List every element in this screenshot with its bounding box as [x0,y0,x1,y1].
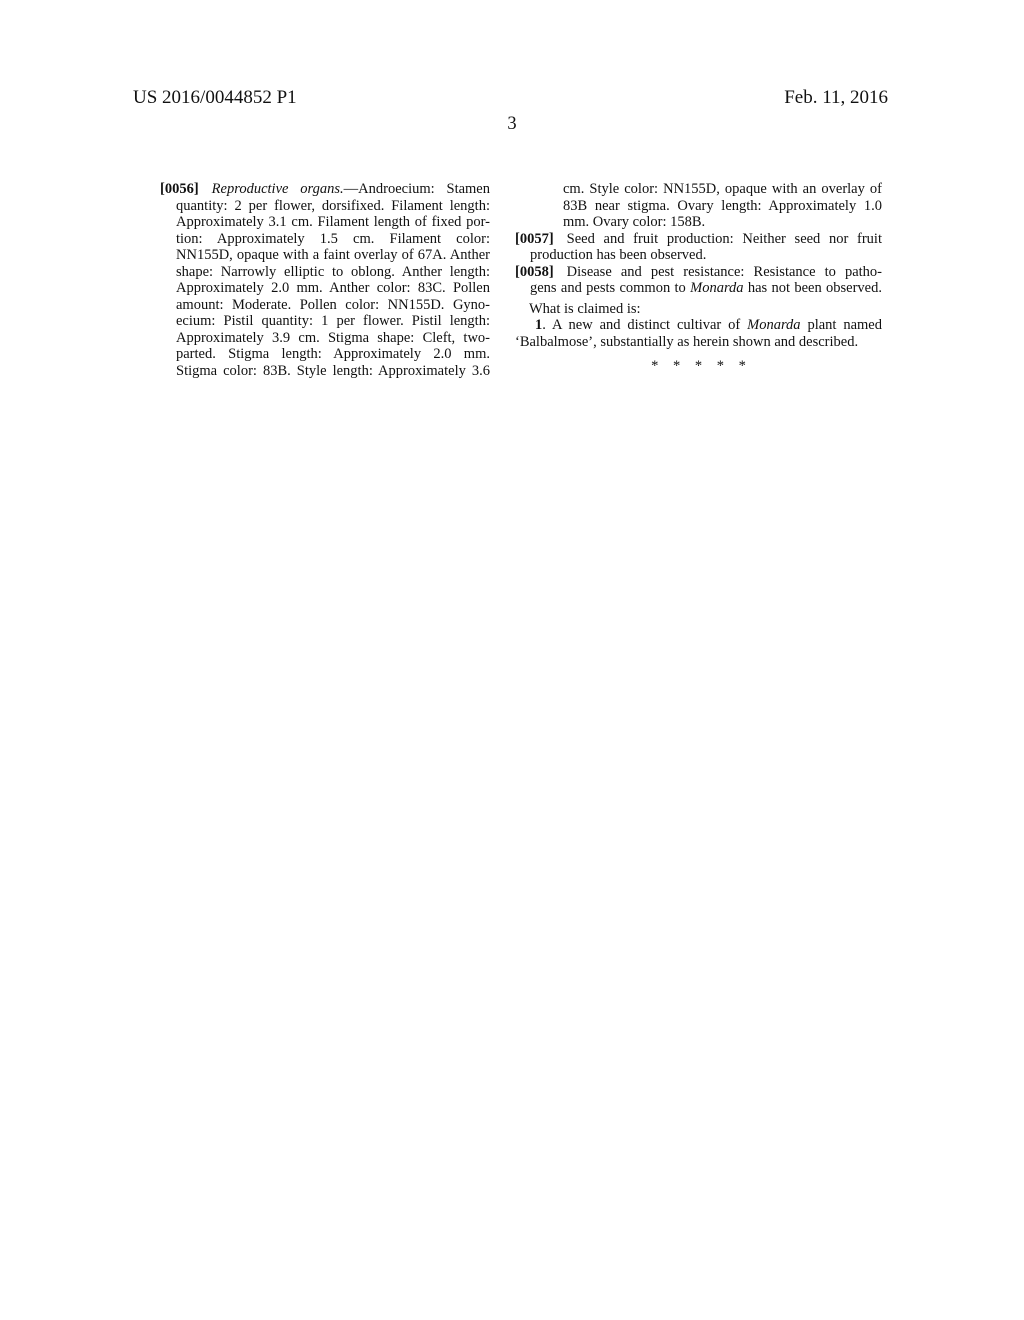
publication-date: Feb. 11, 2016 [784,87,888,109]
para-0058-tag: [0058] [515,264,554,280]
para-0058-line-2: gens and pests common to Monarda has not… [515,280,882,297]
para-0058-text: Disease and pest resistance: Resistance … [567,264,882,280]
para-0056-line-1: [0056]Reproductive organs.—Androecium: S… [160,181,490,198]
para-0056-title: Reproductive organs. [212,181,344,197]
claim-1-line-1-post: plant named [801,317,882,333]
para-0056-line-9: ecium: Pistil quantity: 1 per flower. Pi… [160,313,490,330]
para-0056-line-4: tion: Approximately 1.5 cm. Filament col… [160,231,490,248]
para-0057-text: Seed and fruit production: Neither seed … [567,231,882,247]
para-0056-cont-line-2: 83B near stigma. Ovary length: Approxima… [515,198,882,215]
para-0057-tag: [0057] [515,231,554,247]
claims-intro: What is claimed is: [515,301,882,318]
para-0057-line-2: production has been observed. [515,247,882,264]
claim-1-line-1: 1. A new and distinct cultivar of Monard… [515,317,882,334]
para-0058-line-2-post: has not been observed. [744,280,882,296]
column-right: cm. Style color: NN155D, opaque with an … [515,181,882,375]
claim-1-line-2: ‘Balbalmose’, substantially as herein sh… [515,334,882,351]
end-of-claims-asterisks: * * * * * [515,358,882,375]
para-0056-line-11: parted. Stigma length: Approximately 2.0… [160,346,490,363]
page-number: 3 [0,113,1024,135]
para-0056-line-12: Stigma color: 83B. Style length: Approxi… [160,363,490,380]
para-0056-line-1-rest: —Androecium: Stamen [344,181,490,197]
para-0056-line-10: Approximately 3.9 cm. Stigma shape: Clef… [160,330,490,347]
para-0056-tag: [0056] [160,181,199,197]
para-0056-line-6: shape: Narrowly elliptic to oblong. Anth… [160,264,490,281]
para-0056-line-7: Approximately 2.0 mm. Anther color: 83C.… [160,280,490,297]
para-0056-cont-line-3: mm. Ovary color: 158B. [515,214,882,231]
publication-number: US 2016/0044852 P1 [133,87,297,109]
para-0056-line-8: amount: Moderate. Pollen color: NN155D. … [160,297,490,314]
para-0058-line-2-pre: gens and pests common to [530,280,690,296]
para-0056-cont-line-1: cm. Style color: NN155D, opaque with an … [515,181,882,198]
genus-name-italic: Monarda [690,280,743,296]
genus-name-italic: Monarda [747,317,800,333]
claim-1-line-1-pre: . A new and distinct cultivar of [542,317,747,333]
page-header: US 2016/0044852 P1 Feb. 11, 2016 [0,87,1024,109]
para-0058-line-1: [0058]Disease and pest resistance: Resis… [515,264,882,281]
para-0056-line-3: Approximately 3.1 cm. Filament length of… [160,214,490,231]
para-0057-line-1: [0057]Seed and fruit production: Neither… [515,231,882,248]
para-0056-line-2: quantity: 2 per flower, dorsifixed. Fila… [160,198,490,215]
para-0056-line-5: NN155D, opaque with a faint overlay of 6… [160,247,490,264]
column-left: [0056]Reproductive organs.—Androecium: S… [160,181,490,379]
patent-page: US 2016/0044852 P1 Feb. 11, 2016 3 [0056… [0,0,1024,1320]
